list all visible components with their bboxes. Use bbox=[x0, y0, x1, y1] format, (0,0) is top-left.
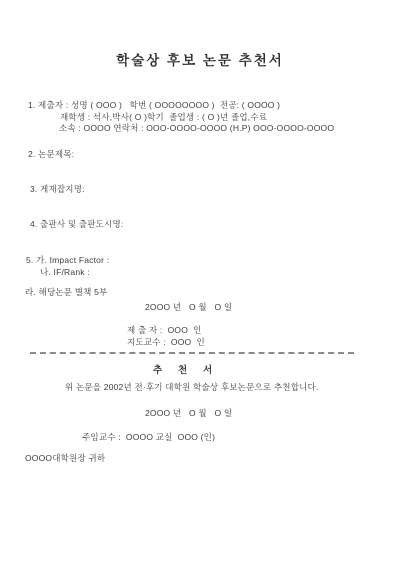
offprint-copies-label: 라. 해당논문 별책 5부 bbox=[25, 287, 107, 297]
dashed-divider bbox=[30, 352, 354, 354]
submitter-signature: 제 출 자 : OOO 인 bbox=[127, 325, 202, 335]
impact-factor-label: 5. 가. Impact Factor : bbox=[26, 255, 109, 265]
addressee-line: OOOO대학원장 귀하 bbox=[25, 453, 105, 463]
submitter-info-line1: 1. 제출자 : 성명 ( OOO ) 학번 ( OOOOOOOO ) 전공: … bbox=[28, 100, 280, 110]
document-page: 학술상 후보 논문 추천서 1. 제출자 : 성명 ( OOO ) 학번 ( O… bbox=[0, 0, 400, 566]
journal-name-label: 3. 게재잡지명: bbox=[30, 184, 85, 194]
submitter-info-line3: 소속 : OOOO 연락처 : OOO-OOOO-OOOO (H.P) OOO-… bbox=[59, 123, 334, 133]
advisor-signature: 지도교수 : OOO 인 bbox=[127, 337, 205, 347]
signature-date: 2OOO 년 O 월 O 일 bbox=[145, 302, 232, 312]
recommendation-heading: 추 천 서 bbox=[153, 362, 212, 376]
submitter-info-line2: 재학생 : 석사,박사( O )학기 졸업생 : ( O )년 졸업,수료 bbox=[60, 112, 267, 122]
document-title: 학술상 후보 논문 추천서 bbox=[0, 49, 400, 69]
if-rank-label: 나. IF/Rank : bbox=[40, 267, 90, 277]
recommendation-statement: 위 논문을 2002년 전·후기 대학원 학술상 후보논문으로 추천합니다. bbox=[65, 382, 319, 392]
thesis-title-label: 2. 논문제목: bbox=[28, 149, 74, 159]
chief-professor-signature: 주임교수 : OOOO 교실 OOO (인) bbox=[82, 432, 215, 442]
publisher-city-label: 4. 출판사 및 출판도시명: bbox=[30, 219, 123, 229]
recommendation-date: 2OOO 년 O 월 O 일 bbox=[145, 408, 232, 418]
